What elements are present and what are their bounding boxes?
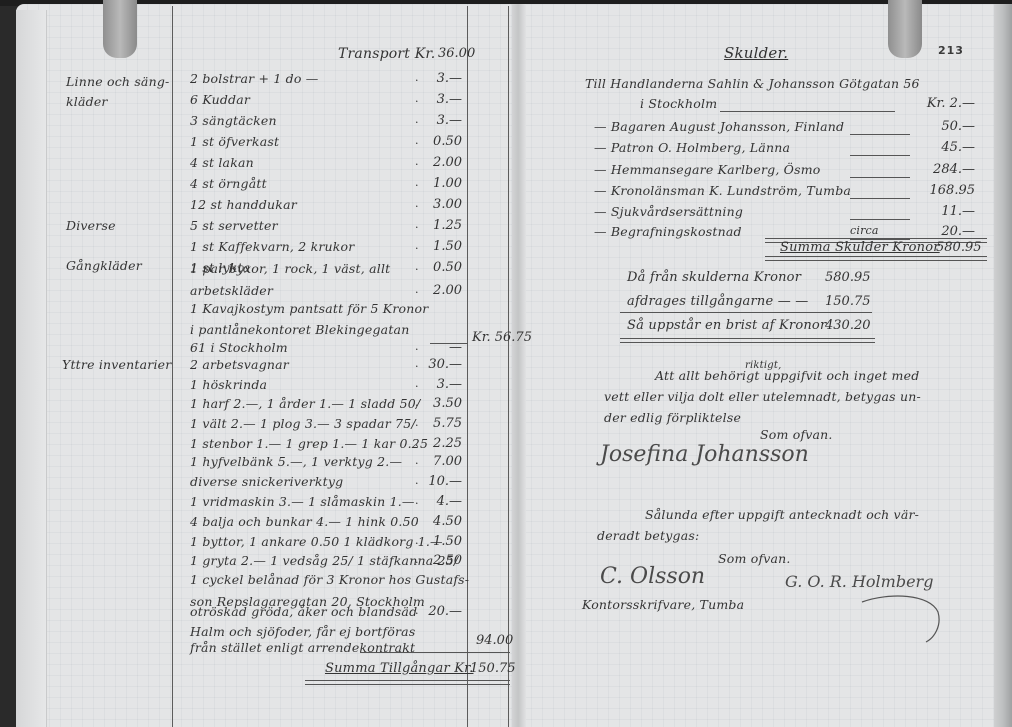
asset-item: 5 st servetter [190,218,278,233]
asset-amount: 10.— [428,474,462,489]
leader-dot: . [415,604,419,617]
debts-total-label: Summa Skulder Kronor [780,240,940,255]
leader-dot: . [415,534,419,547]
calc-amount: 580.95 [825,270,871,285]
debt-item: i Stockholm [640,96,717,111]
asset-item: 3 sängtäcken [190,113,277,128]
signoff-2: Som ofvan. [718,551,791,566]
asset-item: 4 st lakan [190,155,254,170]
column-rule-amount [467,6,468,727]
calc-line: afdrages tillgångarne — — [627,294,808,309]
asset-amount: 4.50 [433,514,462,529]
leader-dot: . [415,396,419,409]
leader-dot: . [415,92,419,105]
total-double-rule [305,680,510,685]
leader-dot: . [415,454,419,467]
leader-dot: . [415,134,419,147]
debt-amount: 45.— [941,140,975,155]
asset-item: Halm och sjöfoder, får ej bortföras [190,624,415,639]
debt-item: — Begrafningskostnad [594,224,742,239]
leader-dot: . [415,260,419,273]
asset-amount: 3.00 [433,197,462,212]
leader-rule [850,177,910,178]
debt-item: Till Handlanderna Sahlin & Johansson Göt… [585,76,920,91]
asset-item: 1 harf 2.—, 1 årder 1.— 1 sladd 50/ [190,396,420,411]
book-spine [512,4,526,727]
calc-line: Så uppstår en brist af Kronor [627,318,826,333]
leader-dot: . [415,176,419,189]
leader-rule [850,219,910,220]
debts-heading: Skulder. [724,44,788,62]
asset-amount: 3.— [437,377,462,392]
debt-item: — Bagaren August Johansson, Finland [594,119,844,134]
signoff-1: Som ofvan. [760,427,833,442]
attestation-line: deradt betygas: [597,528,699,543]
asset-item: 4 st örngått [190,176,267,191]
leader-dot: . [415,197,419,210]
leader-dot: . [415,218,419,231]
signature-c-olsson-title: Kontorsskrifvare, Tumba [582,597,744,612]
asset-amount: 3.— [437,92,462,107]
subtotal-2-rule [360,652,510,653]
asset-item: 4 balja och bunkar 4.— 1 hink 0.50 [190,514,419,529]
calc-amount: 430.20 [825,318,871,333]
declaration-line: der edlig förpliktelse [604,410,741,425]
subtotal-rule [430,343,468,344]
category-clothing: Gångkläder [66,258,142,273]
leader-dot: . [415,553,419,566]
debt-item: — Hemmansegare Karlberg, Ösmo [594,162,821,177]
transport-value: 36.00 [438,46,475,61]
asset-item: 2 arbetsvagnar [190,357,289,372]
right-page-edge [994,4,1012,727]
declaration-line: vett eller vilja dolt eller utelemnadt, … [604,389,921,404]
debt-item: — Kronolänsman K. Lundström, Tumba [594,183,851,198]
asset-amount: 0.50 [433,260,462,275]
leader-rule [850,134,910,135]
asset-amount: 3.50 [433,396,462,411]
category-outdoor-inventory: Yttre inventarier [62,357,171,372]
asset-item: diverse snickeriverktyg [190,474,343,489]
leader-rule [720,111,895,112]
column-rule-subtotal [508,6,509,727]
asset-amount: 2.00 [433,155,462,170]
asset-amount: 30.— [428,357,462,372]
debts-bottom-rule [765,256,987,261]
binding-clip-left [103,0,137,58]
asset-item: 1 höskrinda [190,377,267,392]
asset-item: i pantlånekontoret Blekingegatan [190,322,409,337]
leader-dot: . [415,416,419,429]
asset-amount: 20.— [428,604,462,619]
asset-amount: 2.25 [433,436,462,451]
asset-item: 61 i Stockholm [190,340,288,355]
asset-item: 1 Kavajkostym pantsatt för 5 Kronor [190,301,428,316]
leader-dot: . [415,436,419,449]
category-linen: Linne och säng-kläder [66,72,170,112]
debts-total-value: 580.95 [936,240,982,255]
total-assets-value: 150.75 [470,661,516,676]
asset-item: 6 Kuddar [190,92,250,107]
asset-item: 12 st handdukar [190,197,297,212]
leader-dot: . [415,357,419,370]
asset-amount: 7.00 [433,454,462,469]
debt-amount: 284.— [933,162,975,177]
asset-item: 1 vält 2.— 1 plog 3.— 3 spadar 75/ [190,416,416,431]
debt-amount: 168.95 [930,183,976,198]
leader-dot: . [415,283,419,296]
subtotal-1: Kr. 56.75 [472,330,532,345]
asset-amount: 4.— [437,494,462,509]
asset-amount: 5.75 [433,416,462,431]
category-misc: Diverse [66,218,116,233]
debt-amount: 20.— [941,224,975,239]
total-assets-label: Summa Tillgångar Kr. [325,661,473,676]
binding-clip-right [888,0,922,58]
debt-amount: 11.— [941,204,975,219]
calc-line: Då från skulderna Kronor [627,270,801,285]
debt-amount: 50.— [941,119,975,134]
signature-josefina-johansson: Josefina Johansson [600,442,809,467]
asset-item: otröskad gröda, åker och blandsäd [190,604,417,619]
asset-amount: 1.50 [433,239,462,254]
debt-item: — Patron O. Holmberg, Länna [594,140,790,155]
asset-item: 1 stenbor 1.— 1 grep 1.— 1 kar 0.25 [190,436,428,451]
asset-amount: 1.00 [433,176,462,191]
leader-dot: . [415,71,419,84]
calc-amount: 150.75 [825,294,871,309]
debt-item: — Sjukvårdsersättning [594,204,743,219]
transport-label: Transport Kr. [338,46,435,62]
asset-item: 1 vridmaskin 3.— 1 slåmaskin 1.— [190,494,415,509]
asset-item: 2 bolstrar + 1 do — [190,71,318,86]
left-page-edge [16,10,47,727]
column-rule-text [172,6,173,727]
page-number: 213 [938,44,964,57]
signature-flourish [860,590,945,645]
asset-item: 1 st öfverkast [190,134,279,149]
asset-amount: 1.25 [433,218,462,233]
asset-item: 1 cyckel belånad för 3 Kronor hos Gustaf… [190,572,469,587]
asset-amount: 0.50 [433,134,462,149]
calc-rule [620,312,872,313]
asset-item: 1 st Kaffekvarn, 2 krukor [190,239,354,254]
asset-amount: 3.— [437,113,462,128]
attestation-line: Sålunda efter uppgift antecknadt och vär… [645,507,919,522]
leader-rule [850,155,910,156]
leader-dot: . [415,474,419,487]
asset-item: arbetskläder [190,283,273,298]
asset-item: 1 hyfvelbänk 5.—, 1 verktyg 2.— [190,454,402,469]
declaration-line: Att allt behörigt uppgifvit och inget me… [655,368,919,383]
leader-dot: . [415,155,419,168]
debt-amount: Kr. 2.— [927,96,975,111]
asset-amount: 3.— [437,71,462,86]
calc-double-rule [620,338,875,343]
subtotal-2: 94.00 [476,633,513,648]
asset-amount: 2.50 [433,553,462,568]
leader-dot: . [415,377,419,390]
leader-dot: . [415,514,419,527]
signature-holmberg: G. O. R. Holmberg [785,572,933,591]
leader-dot: . [415,239,419,252]
asset-amount: 2.00 [433,283,462,298]
asset-item: 1 par byxor, 1 rock, 1 väst, allt [190,261,390,276]
leader-dot: . [415,340,419,353]
leader-dot: . [415,113,419,126]
asset-amount: 1.50 [433,534,462,549]
leader-rule [850,198,910,199]
asset-item: 1 byttor, 1 ankare 0.50 1 klädkorg 1.— [190,534,443,549]
signature-c-olsson: C. Olsson [600,564,705,589]
debt-note: circa [850,224,879,237]
leader-dot: . [415,494,419,507]
